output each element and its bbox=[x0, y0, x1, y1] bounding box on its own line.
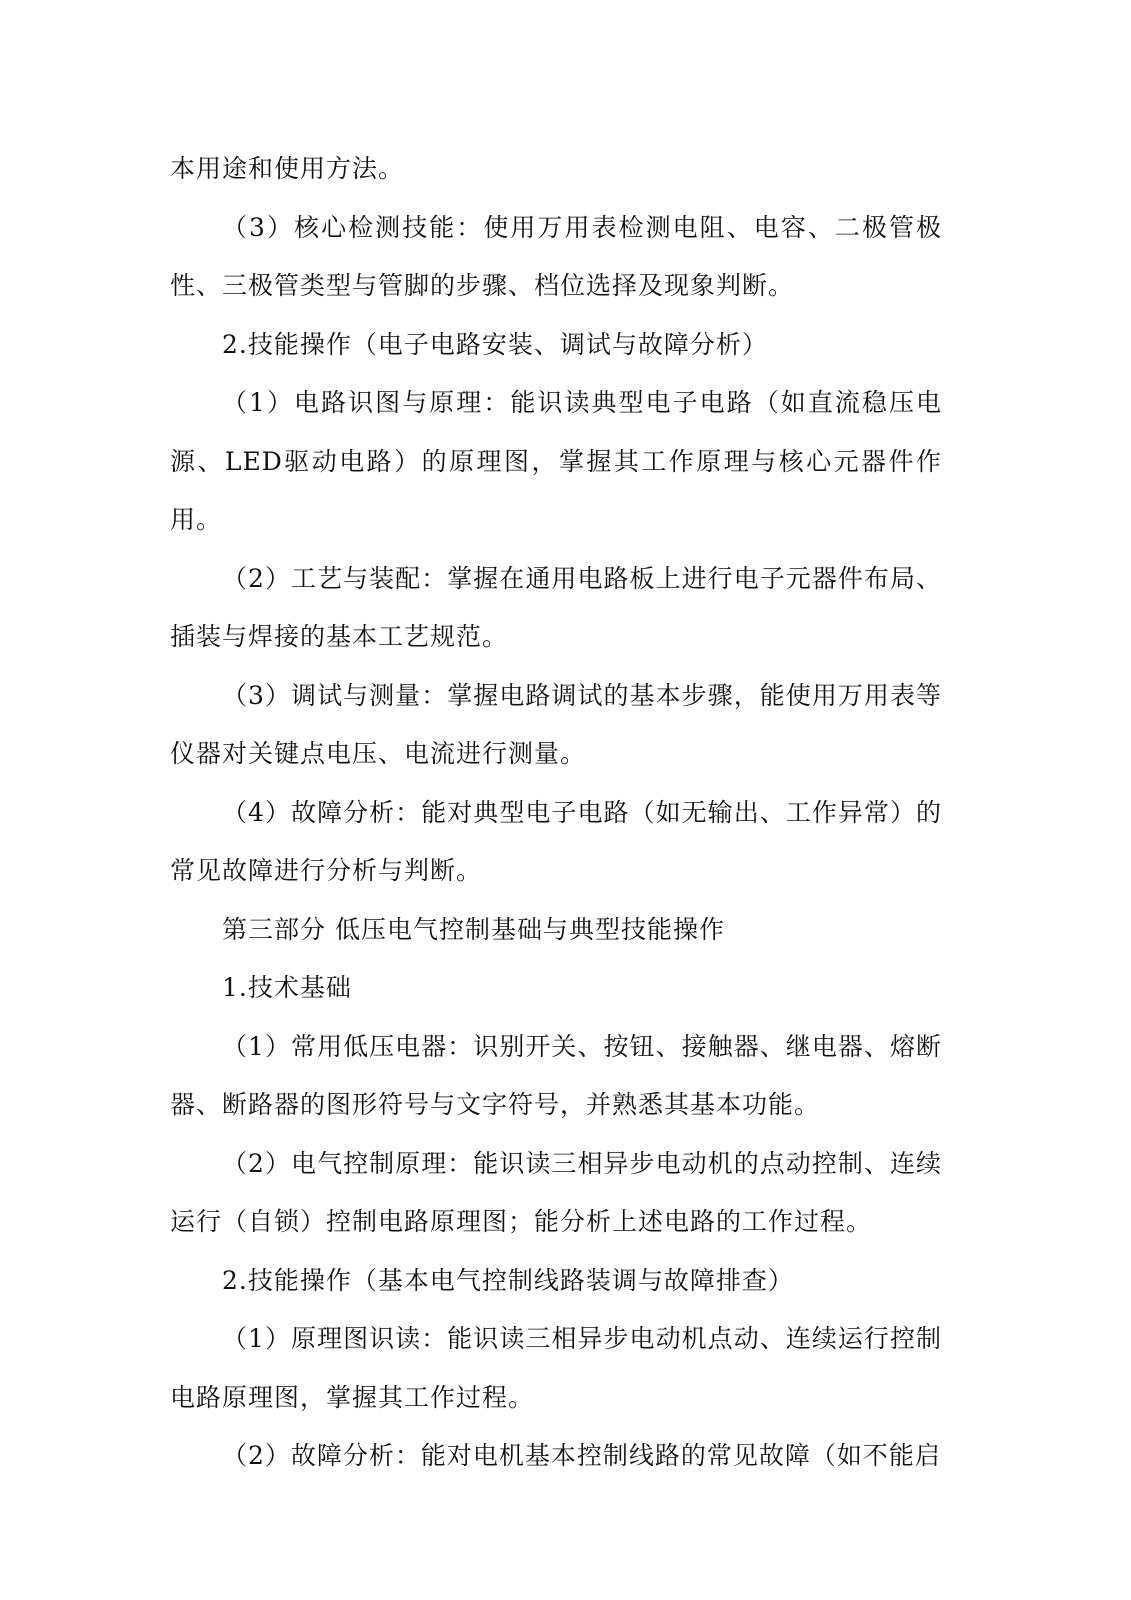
heading-technical-basics: 1.技术基础 bbox=[170, 959, 942, 1018]
paragraph-detection-skills: （3）核心检测技能：使用万用表检测电阻、电容、二极管极性、三极管类型与管脚的步骤… bbox=[170, 199, 942, 316]
paragraph-process-assembly: （2）工艺与装配：掌握在通用电路板上进行电子元器件布局、插装与焊接的基本工艺规范… bbox=[170, 550, 942, 667]
paragraph-continuation: 本用途和使用方法。 bbox=[170, 140, 942, 199]
paragraph-schematic-reading: （1）原理图识读：能识读三相异步电动机点动、连续运行控制电路原理图，掌握其工作过… bbox=[170, 1310, 942, 1427]
heading-skill-operation-electronics: 2.技能操作（电子电路安装、调试与故障分析） bbox=[170, 316, 942, 375]
heading-skill-operation-electrical: 2.技能操作（基本电气控制线路装调与故障排查） bbox=[170, 1252, 942, 1311]
section-heading-part-three: 第三部分 低压电气控制基础与典型技能操作 bbox=[170, 901, 942, 960]
paragraph-debug-measure: （3）调试与测量：掌握电路调试的基本步骤，能使用万用表等仪器对关键点电压、电流进… bbox=[170, 667, 942, 784]
document-page: 本用途和使用方法。 （3）核心检测技能：使用万用表检测电阻、电容、二极管极性、三… bbox=[170, 140, 942, 1486]
paragraph-fault-analysis-motor: （2）故障分析：能对电机基本控制线路的常见故障（如不能启 bbox=[170, 1427, 942, 1486]
paragraph-low-voltage-devices: （1）常用低压电器：识别开关、按钮、接触器、继电器、熔断器、断路器的图形符号与文… bbox=[170, 1018, 942, 1135]
paragraph-control-principle: （2）电气控制原理：能识读三相异步电动机的点动控制、连续运行（自锁）控制电路原理… bbox=[170, 1135, 942, 1252]
paragraph-fault-analysis-electronics: （4）故障分析：能对典型电子电路（如无输出、工作异常）的常见故障进行分析与判断。 bbox=[170, 784, 942, 901]
paragraph-circuit-reading: （1）电路识图与原理：能识读典型电子电路（如直流稳压电源、LED驱动电路）的原理… bbox=[170, 374, 942, 550]
